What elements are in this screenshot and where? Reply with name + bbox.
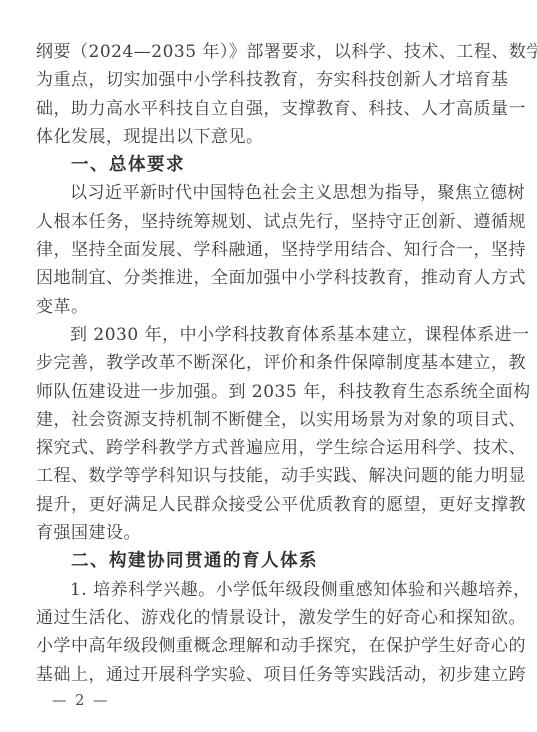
page-number: — 2 — (52, 693, 109, 709)
text-line: 变革。 (36, 293, 495, 321)
text-line: 体化发展，现提出以下意见。 (36, 123, 495, 151)
text-line: 工程、数学等学科知识与技能，动手实践、解决问题的能力明显 (36, 462, 495, 490)
paragraph: 以习近平新时代中国特色社会主义思想为指导，聚焦立德树人根本任务，坚持统筹规划、试… (36, 179, 495, 320)
paragraph: 到 2030 年，中小学科技教育体系基本建立，课程体系进一步完善，教学改革不断深… (36, 321, 495, 547)
text-line: 育强国建设。 (36, 519, 495, 547)
text-line: 小学中高年级段侧重概念理解和动手探究，在保护学生好奇心的 (36, 632, 495, 660)
text-line: 为重点，切实加强中小学科技教育，夯实科技创新人才培育基 (36, 66, 495, 94)
text-line: 通过生活化、游戏化的情景设计，激发学生的好奇心和探知欲。 (36, 604, 495, 632)
text-line: 建，社会资源支持机制不断健全，以实用场景为对象的项目式、 (36, 406, 495, 434)
text-line: 提升，更好满足人民群众接受公平优质教育的愿望，更好支撑教 (36, 491, 495, 519)
text-line: 师队伍建设进一步加强。到 2035 年，科技教育生态系统全面构 (36, 378, 495, 406)
paragraph: 1. 培养科学兴趣。小学低年级段侧重感知体验和兴趣培养，通过生活化、游戏化的情景… (36, 576, 495, 689)
document-page: 纲要（2024—2035 年）》部署要求，以科学、技术、工程、数学为重点，切实加… (0, 0, 537, 732)
text-line: 因地制宜、分类推进，全面加强中小学科技教育，推动育人方式 (36, 264, 495, 292)
document-body: 纲要（2024—2035 年）》部署要求，以科学、技术、工程、数学为重点，切实加… (36, 38, 495, 689)
text-line: 人根本任务，坚持统筹规划、试点先行，坚持守正创新、遵循规 (36, 208, 495, 236)
text-line: 基础上，通过开展科学实验、项目任务等实践活动，初步建立跨 (36, 661, 495, 689)
text-line: 步完善，教学改革不断深化，评价和条件保障制度基本建立，教 (36, 349, 495, 377)
text-line: 律，坚持全面发展、学科融通，坚持学用结合、知行合一，坚持 (36, 236, 495, 264)
paragraph: 纲要（2024—2035 年）》部署要求，以科学、技术、工程、数学为重点，切实加… (36, 38, 495, 151)
section-heading: 二、构建协同贯通的育人体系 (36, 547, 495, 575)
text-line: 础，助力高水平科技自立自强，支撑教育、科技、人才高质量一 (36, 95, 495, 123)
section-heading: 一、总体要求 (36, 151, 495, 179)
text-line: 纲要（2024—2035 年）》部署要求，以科学、技术、工程、数学 (36, 38, 495, 66)
text-line: 探究式、跨学科教学方式普遍应用，学生综合运用科学、技术、 (36, 434, 495, 462)
text-line: 到 2030 年，中小学科技教育体系基本建立，课程体系进一 (36, 321, 495, 349)
text-line: 1. 培养科学兴趣。小学低年级段侧重感知体验和兴趣培养， (36, 576, 495, 604)
text-line: 以习近平新时代中国特色社会主义思想为指导，聚焦立德树 (36, 179, 495, 207)
